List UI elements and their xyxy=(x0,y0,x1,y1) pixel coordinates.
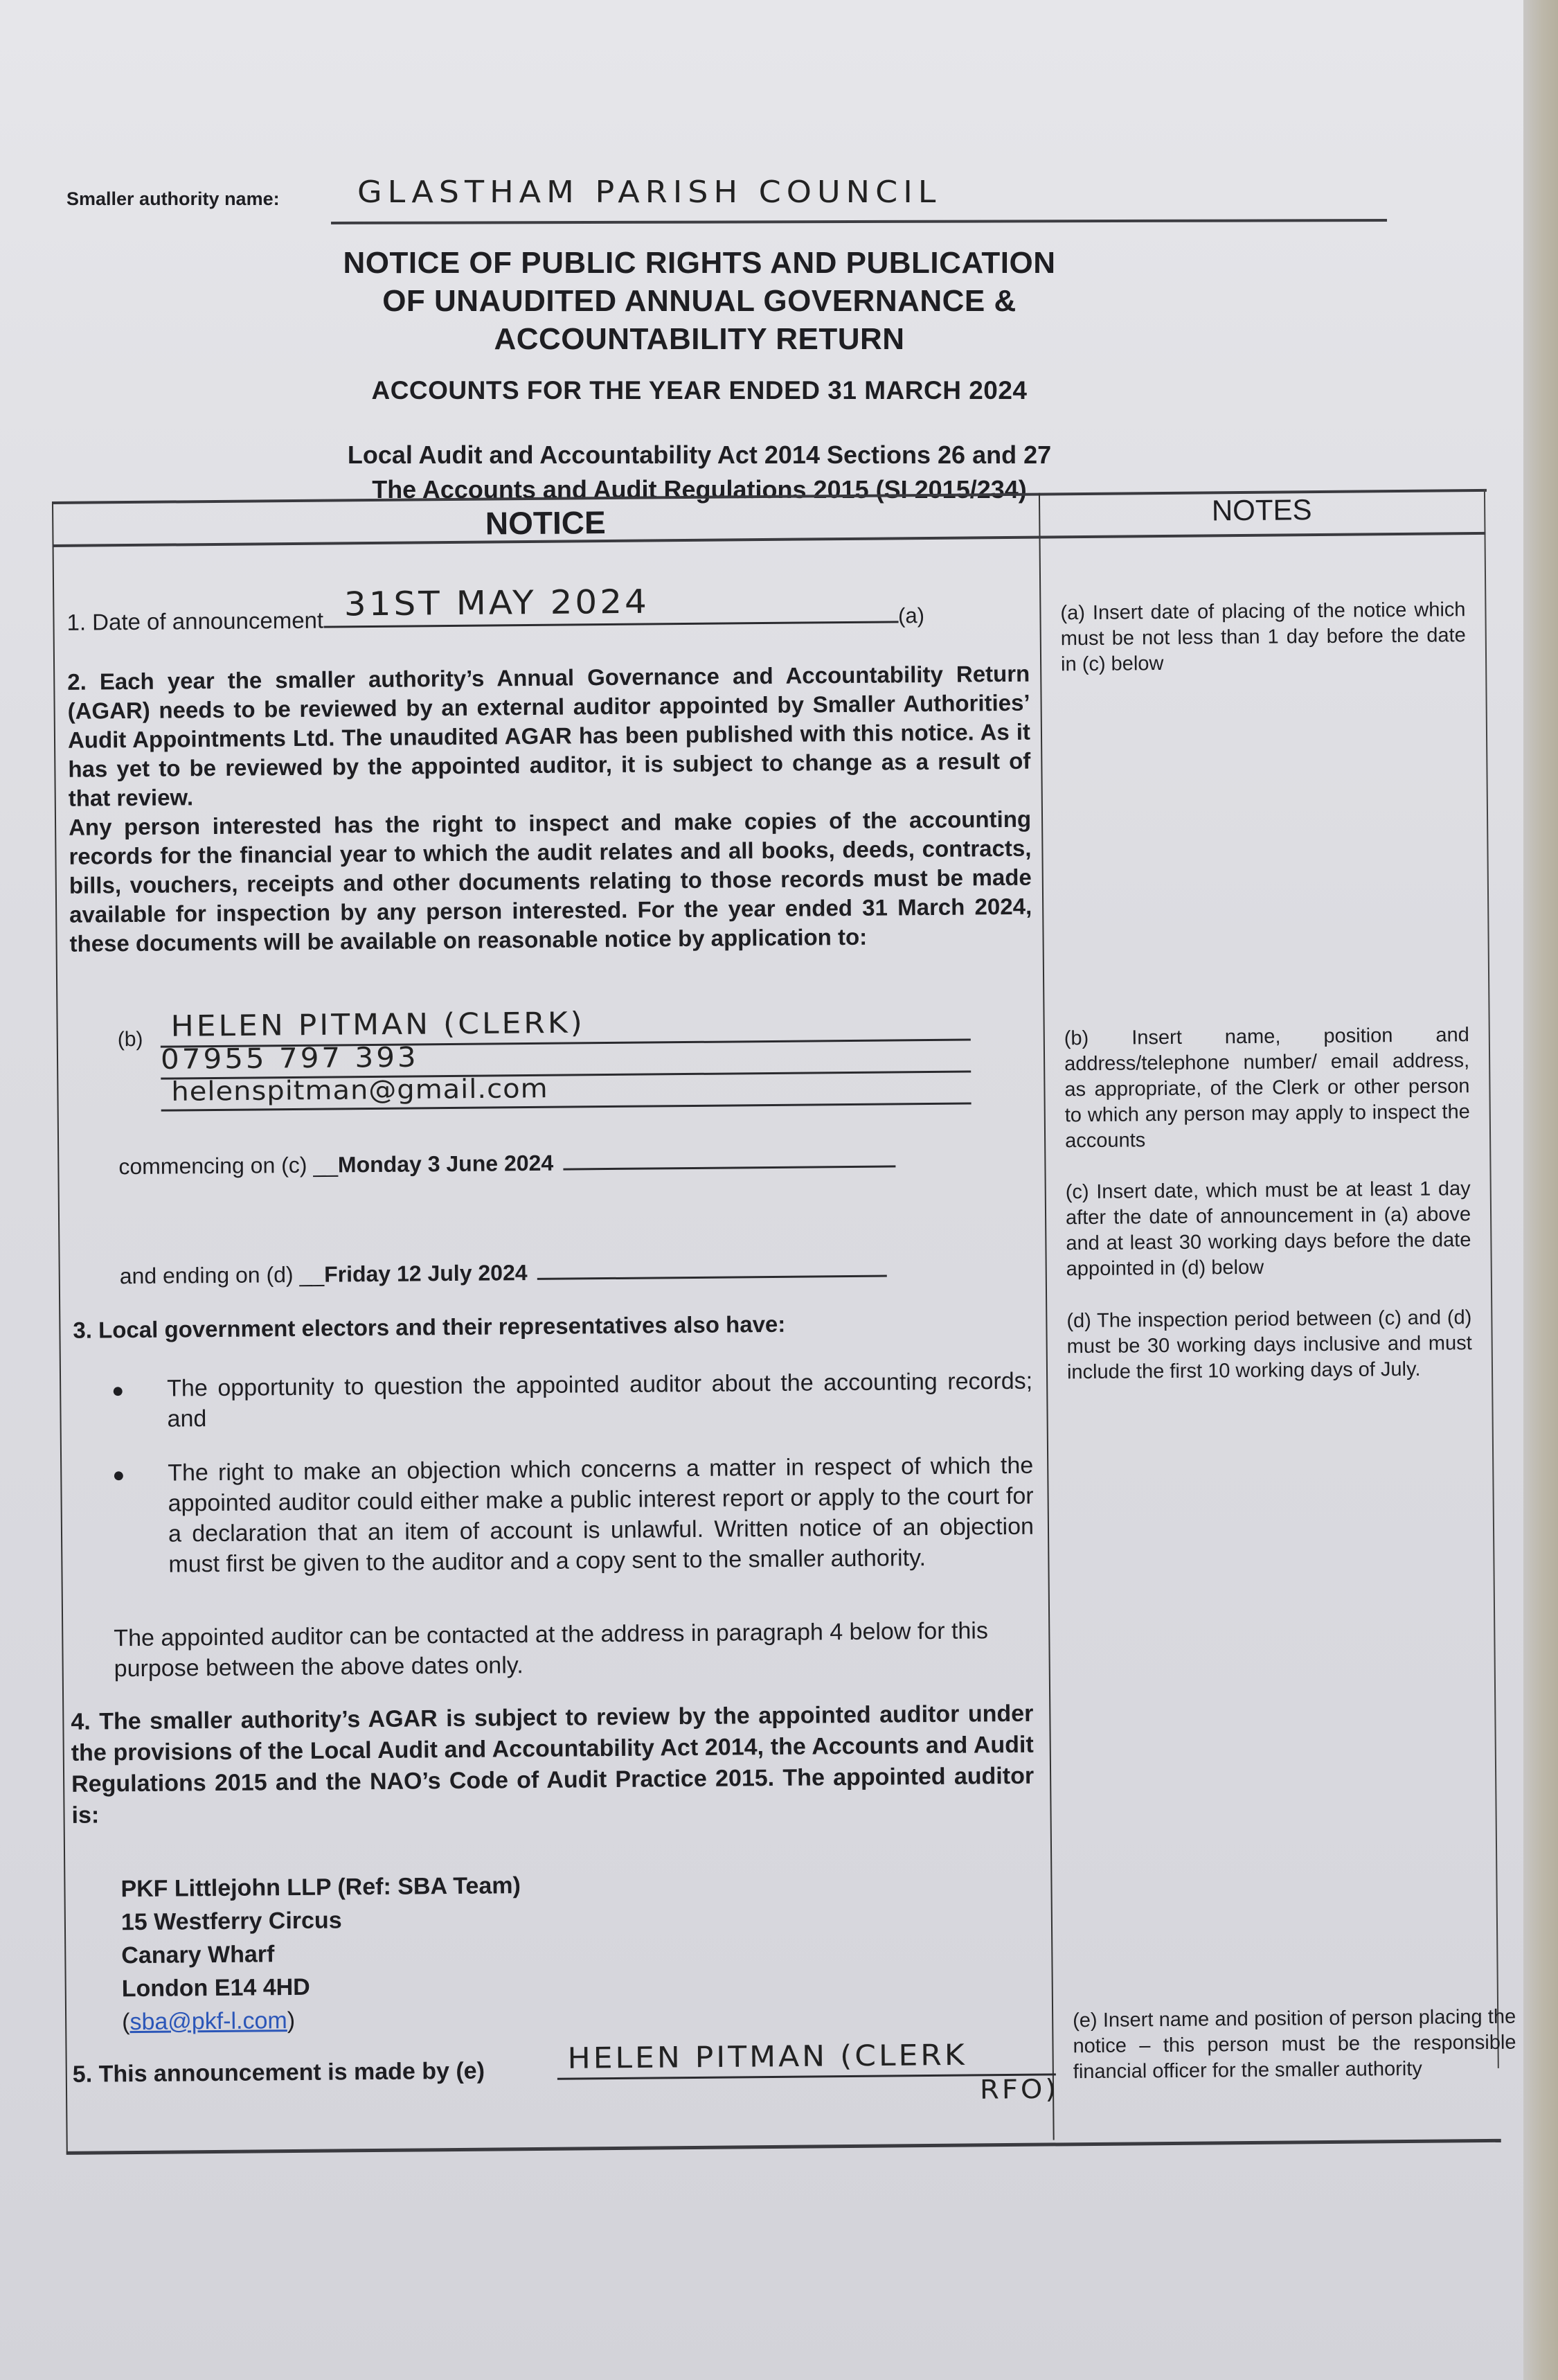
item4-text: 4. The smaller authority’s AGAR is subje… xyxy=(71,1698,1035,1831)
ending-label: and ending on (d) __ xyxy=(120,1262,325,1289)
announcer-field[interactable]: HELEN PITMAN (CLERK xyxy=(557,2037,1055,2079)
item3-bullet-2-text: The right to make an objection which con… xyxy=(168,1450,1034,1580)
note-e: (e) Insert name and position of person p… xyxy=(1073,2005,1516,2086)
bullet-icon: ● xyxy=(111,1379,124,1403)
auditor-address-line2: Canary Wharf xyxy=(121,1933,744,1972)
commencing-date: Monday 3 June 2024 xyxy=(338,1151,554,1178)
authority-name-value: GLASTHAM PARISH COUNCIL xyxy=(357,174,941,209)
contact-phone-value: 07955 797 393 xyxy=(161,1041,419,1076)
announcer-value: HELEN PITMAN (CLERK xyxy=(567,2039,967,2075)
item3-footer: The appointed auditor can be contacted a… xyxy=(114,1615,1042,1685)
contact-marker: (b) xyxy=(118,1025,143,1054)
auditor-address: PKF Littlejohn LLP (Ref: SBA Team) 15 We… xyxy=(120,1867,745,2039)
announcement-date-field[interactable]: 31ST MAY 2024 xyxy=(323,594,898,628)
item5: 5. This announcement is made by (e) HELE… xyxy=(72,2030,1084,2108)
document-title-line3: ACCOUNTABILITY RETURN xyxy=(0,322,1399,357)
item2: 2. Each year the smaller authority’s Ann… xyxy=(67,659,1032,959)
document-title-line1: NOTICE OF PUBLIC RIGHTS AND PUBLICATION xyxy=(0,246,1399,281)
item2-paragraph-b: Any person interested has the right to i… xyxy=(69,805,1032,959)
commencing-label: commencing on (c) __ xyxy=(118,1152,338,1179)
commencing-date-field[interactable] xyxy=(564,1160,896,1170)
legislation-reference-1: Local Audit and Accountability Act 2014 … xyxy=(0,441,1399,470)
announcer-value-line2: RFO) xyxy=(980,2075,1059,2106)
contact-name-value: HELEN PITMAN (CLERK) xyxy=(170,1006,585,1044)
ending-date: Friday 12 July 2024 xyxy=(324,1260,528,1287)
contact-name-field[interactable]: HELEN PITMAN (CLERK) xyxy=(160,1002,970,1047)
note-d: (d) The inspection period between (c) an… xyxy=(1066,1305,1472,1385)
item3-bullet-1: ● The opportunity to question the appoin… xyxy=(111,1366,1033,1435)
note-a: (a) Insert date of placing of the notice… xyxy=(1060,597,1466,677)
item1-marker: (a) xyxy=(898,603,924,628)
authority-name-row: Smaller authority name: GLASTHAM PARISH … xyxy=(66,173,1327,215)
note-c: (c) Insert date, which must be at least … xyxy=(1066,1176,1471,1282)
contact-phone-field[interactable]: 07955 797 393 xyxy=(161,1042,971,1079)
notice-table: NOTICE NOTES 1. Date of announcement31ST… xyxy=(52,489,1501,2150)
auditor-address-line3: London E14 4HD xyxy=(122,1966,745,2005)
note-b: (b) Insert name, position and address/te… xyxy=(1064,1022,1471,1154)
authority-name-label: Smaller authority name: xyxy=(66,188,280,210)
paper-sheet: Smaller authority name: GLASTHAM PARISH … xyxy=(0,0,1523,2380)
auditor-name: PKF Littlejohn LLP (Ref: SBA Team) xyxy=(120,1867,744,1906)
item5-label: 5. This announcement is made by (e) xyxy=(73,2057,485,2089)
item3-footer-text: The appointed auditor can be contacted a… xyxy=(114,1615,1042,1685)
ending-date-field[interactable] xyxy=(537,1270,887,1280)
announcement-date-value: 31ST MAY 2024 xyxy=(344,583,650,623)
bullet-icon: ● xyxy=(112,1464,125,1487)
item3-heading-text: 3. Local government electors and their r… xyxy=(73,1311,785,1343)
contact-email-value: helenspitman@gmail.com xyxy=(171,1074,548,1107)
document-subtitle: ACCOUNTS FOR THE YEAR ENDED 31 MARCH 202… xyxy=(0,376,1399,405)
auditor-email-row: (sba@pkf-l.com) xyxy=(122,2000,745,2039)
contact-details: (b) HELEN PITMAN (CLERK) 07955 797 393 h… xyxy=(70,1002,1033,1128)
notes-column-header: NOTES xyxy=(1040,492,1483,529)
item2-paragraph-a: 2. Each year the smaller authority’s Ann… xyxy=(67,659,1031,813)
auditor-email-link[interactable]: sba@pkf-l.com xyxy=(129,2007,287,2035)
auditor-address-line1: 15 Westferry Circus xyxy=(121,1900,744,1939)
item1-label: 1. Date of announcement xyxy=(66,607,323,635)
item4: 4. The smaller authority’s AGAR is subje… xyxy=(71,1698,1035,1831)
document-title-line2: OF UNAUDITED ANNUAL GOVERNANCE & xyxy=(0,284,1399,319)
item3-bullet-2: ● The right to make an objection which c… xyxy=(112,1450,1034,1581)
contact-email-field[interactable]: helenspitman@gmail.com xyxy=(161,1074,971,1111)
item3-bullet-1-text: The opportunity to question the appointe… xyxy=(167,1366,1033,1435)
